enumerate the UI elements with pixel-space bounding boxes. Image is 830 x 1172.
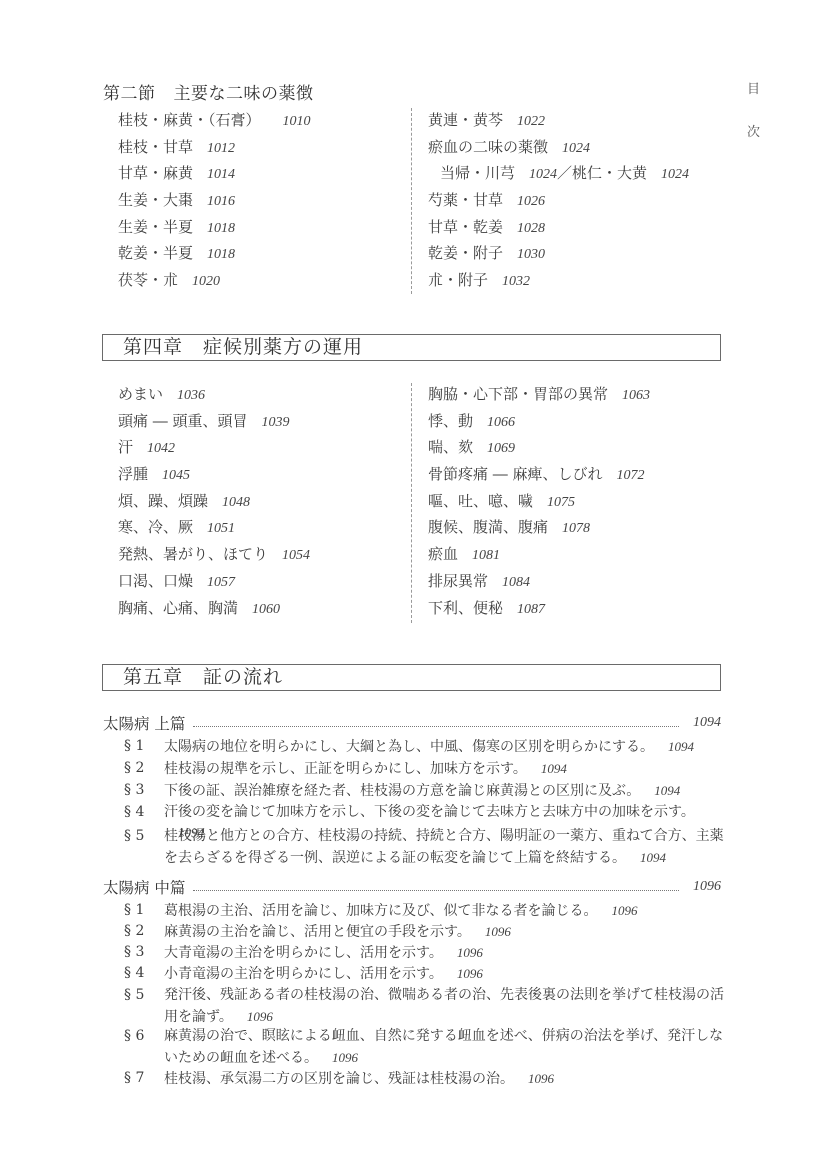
toc-entry[interactable]: 嘔、吐、噫、噦1075: [428, 488, 650, 515]
paragraph-entry[interactable]: § 5 桂枝湯と他方との合方、桂枝湯の持続、持続と合方、陽明証の一薬方、重ねて合…: [124, 825, 724, 869]
column-divider: [411, 108, 412, 294]
toc-entry[interactable]: 桂枝・甘草1012: [118, 134, 311, 161]
paragraph-entry[interactable]: § 3 下後の証、誤治雑療を経た者、桂枝湯の方意を論じ麻黄湯との区別に及ぶ。10…: [124, 781, 724, 802]
paragraph-entry[interactable]: § 1 葛根湯の主治、活用を論じ、加味方に及び、似て非なる者を論じる。1096: [124, 901, 724, 922]
dot-leader: [193, 726, 679, 727]
part-heading[interactable]: 太陽病 上篇 1094: [103, 712, 721, 734]
section-heading: 第二節主要な二味の薬徴: [103, 79, 314, 104]
toc-entry[interactable]: 胸痛、心痛、胸満1060: [118, 595, 310, 622]
chapter-label: 第五章: [123, 666, 183, 688]
toc-entry[interactable]: 腹候、腹満、腹痛1078: [428, 514, 650, 541]
toc-entry[interactable]: 発熱、暑がり、ほてり1054: [118, 541, 310, 568]
toc-entry[interactable]: めまい1036: [118, 381, 310, 408]
toc-entry[interactable]: 生姜・半夏1018: [118, 214, 311, 241]
toc-entry[interactable]: 悸、動1066: [428, 408, 650, 435]
paragraph-entry[interactable]: § 6 麻黄湯の治で、瞑眩による衄血、自然に発する衄血を述べ、併病の治法を挙げ、…: [124, 1026, 724, 1069]
part-heading[interactable]: 太陽病 中篇 1096: [103, 876, 721, 898]
toc-entry[interactable]: 芍薬・甘草1026: [428, 187, 689, 214]
toc-entry[interactable]: 寒、冷、厥1051: [118, 514, 310, 541]
toc-entry[interactable]: 骨節疼痛 ― 麻痺、しびれ1072: [428, 461, 650, 488]
chapter4-left-column: めまい1036 頭痛 ― 頭重、頭冒1039 汗1042 浮腫1045 煩、躁、…: [118, 381, 310, 621]
toc-entry[interactable]: 喘、欬1069: [428, 434, 650, 461]
toc-entry[interactable]: 頭痛 ― 頭重、頭冒1039: [118, 408, 310, 435]
section2-right-column: 黄連・黄芩1022 瘀血の二味の薬徴1024 当帰・川芎1024／桃仁・大黄10…: [428, 107, 689, 294]
toc-entry[interactable]: 甘草・乾姜1028: [428, 214, 689, 241]
chapter4-heading: 第四章症候別薬方の運用: [102, 334, 721, 361]
paragraph-entry[interactable]: § 7 桂枝湯、承気湯二方の区別を論じ、残証は桂枝湯の治。1096: [124, 1069, 724, 1090]
toc-entry[interactable]: 口渇、口燥1057: [118, 568, 310, 595]
paragraph-entry[interactable]: § 2 麻黄湯の主治を論じ、活用と便宜の手段を示す。1096: [124, 922, 724, 943]
paragraph-entry[interactable]: § 2 桂枝湯の規準を示し、正証を明らかにし、加味方を示す。1094: [124, 759, 724, 780]
toc-entry[interactable]: 排尿異常1084: [428, 568, 650, 595]
paragraph-entry[interactable]: § 1 太陽病の地位を明らかにし、大綱と為し、中風、傷寒の区別を明らかにする。1…: [124, 737, 724, 758]
toc-entry[interactable]: 生姜・大棗1016: [118, 187, 311, 214]
toc-entry[interactable]: 茯苓・朮1020: [118, 267, 311, 294]
toc-entry[interactable]: 汗1042: [118, 434, 310, 461]
chapter5-heading: 第五章証の流れ: [102, 664, 721, 691]
section-label: 第二節: [103, 84, 156, 104]
column-divider: [411, 383, 412, 623]
toc-entry[interactable]: 朮・附子1032: [428, 267, 689, 294]
dot-leader: [193, 890, 679, 891]
toc-entry[interactable]: 煩、躁、煩躁1048: [118, 488, 310, 515]
toc-entry[interactable]: 乾姜・半夏1018: [118, 240, 311, 267]
paragraph-entry[interactable]: § 3 大青竜湯の主治を明らかにし、活用を示す。1096: [124, 943, 724, 964]
toc-entry[interactable]: 黄連・黄芩1022: [428, 107, 689, 134]
toc-entry[interactable]: 浮腫1045: [118, 461, 310, 488]
toc-entry[interactable]: 桂枝・麻黄・（石膏）1010: [118, 107, 311, 134]
side-label-moku: 目: [747, 78, 760, 97]
toc-entry[interactable]: 当帰・川芎1024／桃仁・大黄1024: [428, 160, 689, 187]
toc-entry[interactable]: 瘀血の二味の薬徴1024: [428, 134, 689, 161]
chapter-title: 症候別薬方の運用: [203, 336, 363, 358]
toc-entry[interactable]: 胸脇・心下部・胃部の異常1063: [428, 381, 650, 408]
toc-entry[interactable]: 下利、便秘1087: [428, 595, 650, 622]
toc-entry[interactable]: 瘀血1081: [428, 541, 650, 568]
section-title: 主要な二味の薬徴: [174, 84, 314, 104]
toc-entry[interactable]: 甘草・麻黄1014: [118, 160, 311, 187]
chapter-title: 証の流れ: [203, 666, 283, 688]
chapter-label: 第四章: [123, 336, 183, 358]
paragraph-entry[interactable]: § 4 小青竜湯の主治を明らかにし、活用を示す。1096: [124, 964, 724, 985]
section2-left-column: 桂枝・麻黄・（石膏）1010 桂枝・甘草1012 甘草・麻黄1014 生姜・大棗…: [118, 107, 311, 294]
side-label-ji: 次: [747, 121, 760, 140]
chapter4-right-column: 胸脇・心下部・胃部の異常1063 悸、動1066 喘、欬1069 骨節疼痛 ― …: [428, 381, 650, 621]
toc-entry[interactable]: 乾姜・附子1030: [428, 240, 689, 267]
paragraph-entry[interactable]: § 5 発汗後、残証ある者の桂枝湯の治、微喘ある者の治、先表後裏の法則を挙げて桂…: [124, 985, 724, 1028]
